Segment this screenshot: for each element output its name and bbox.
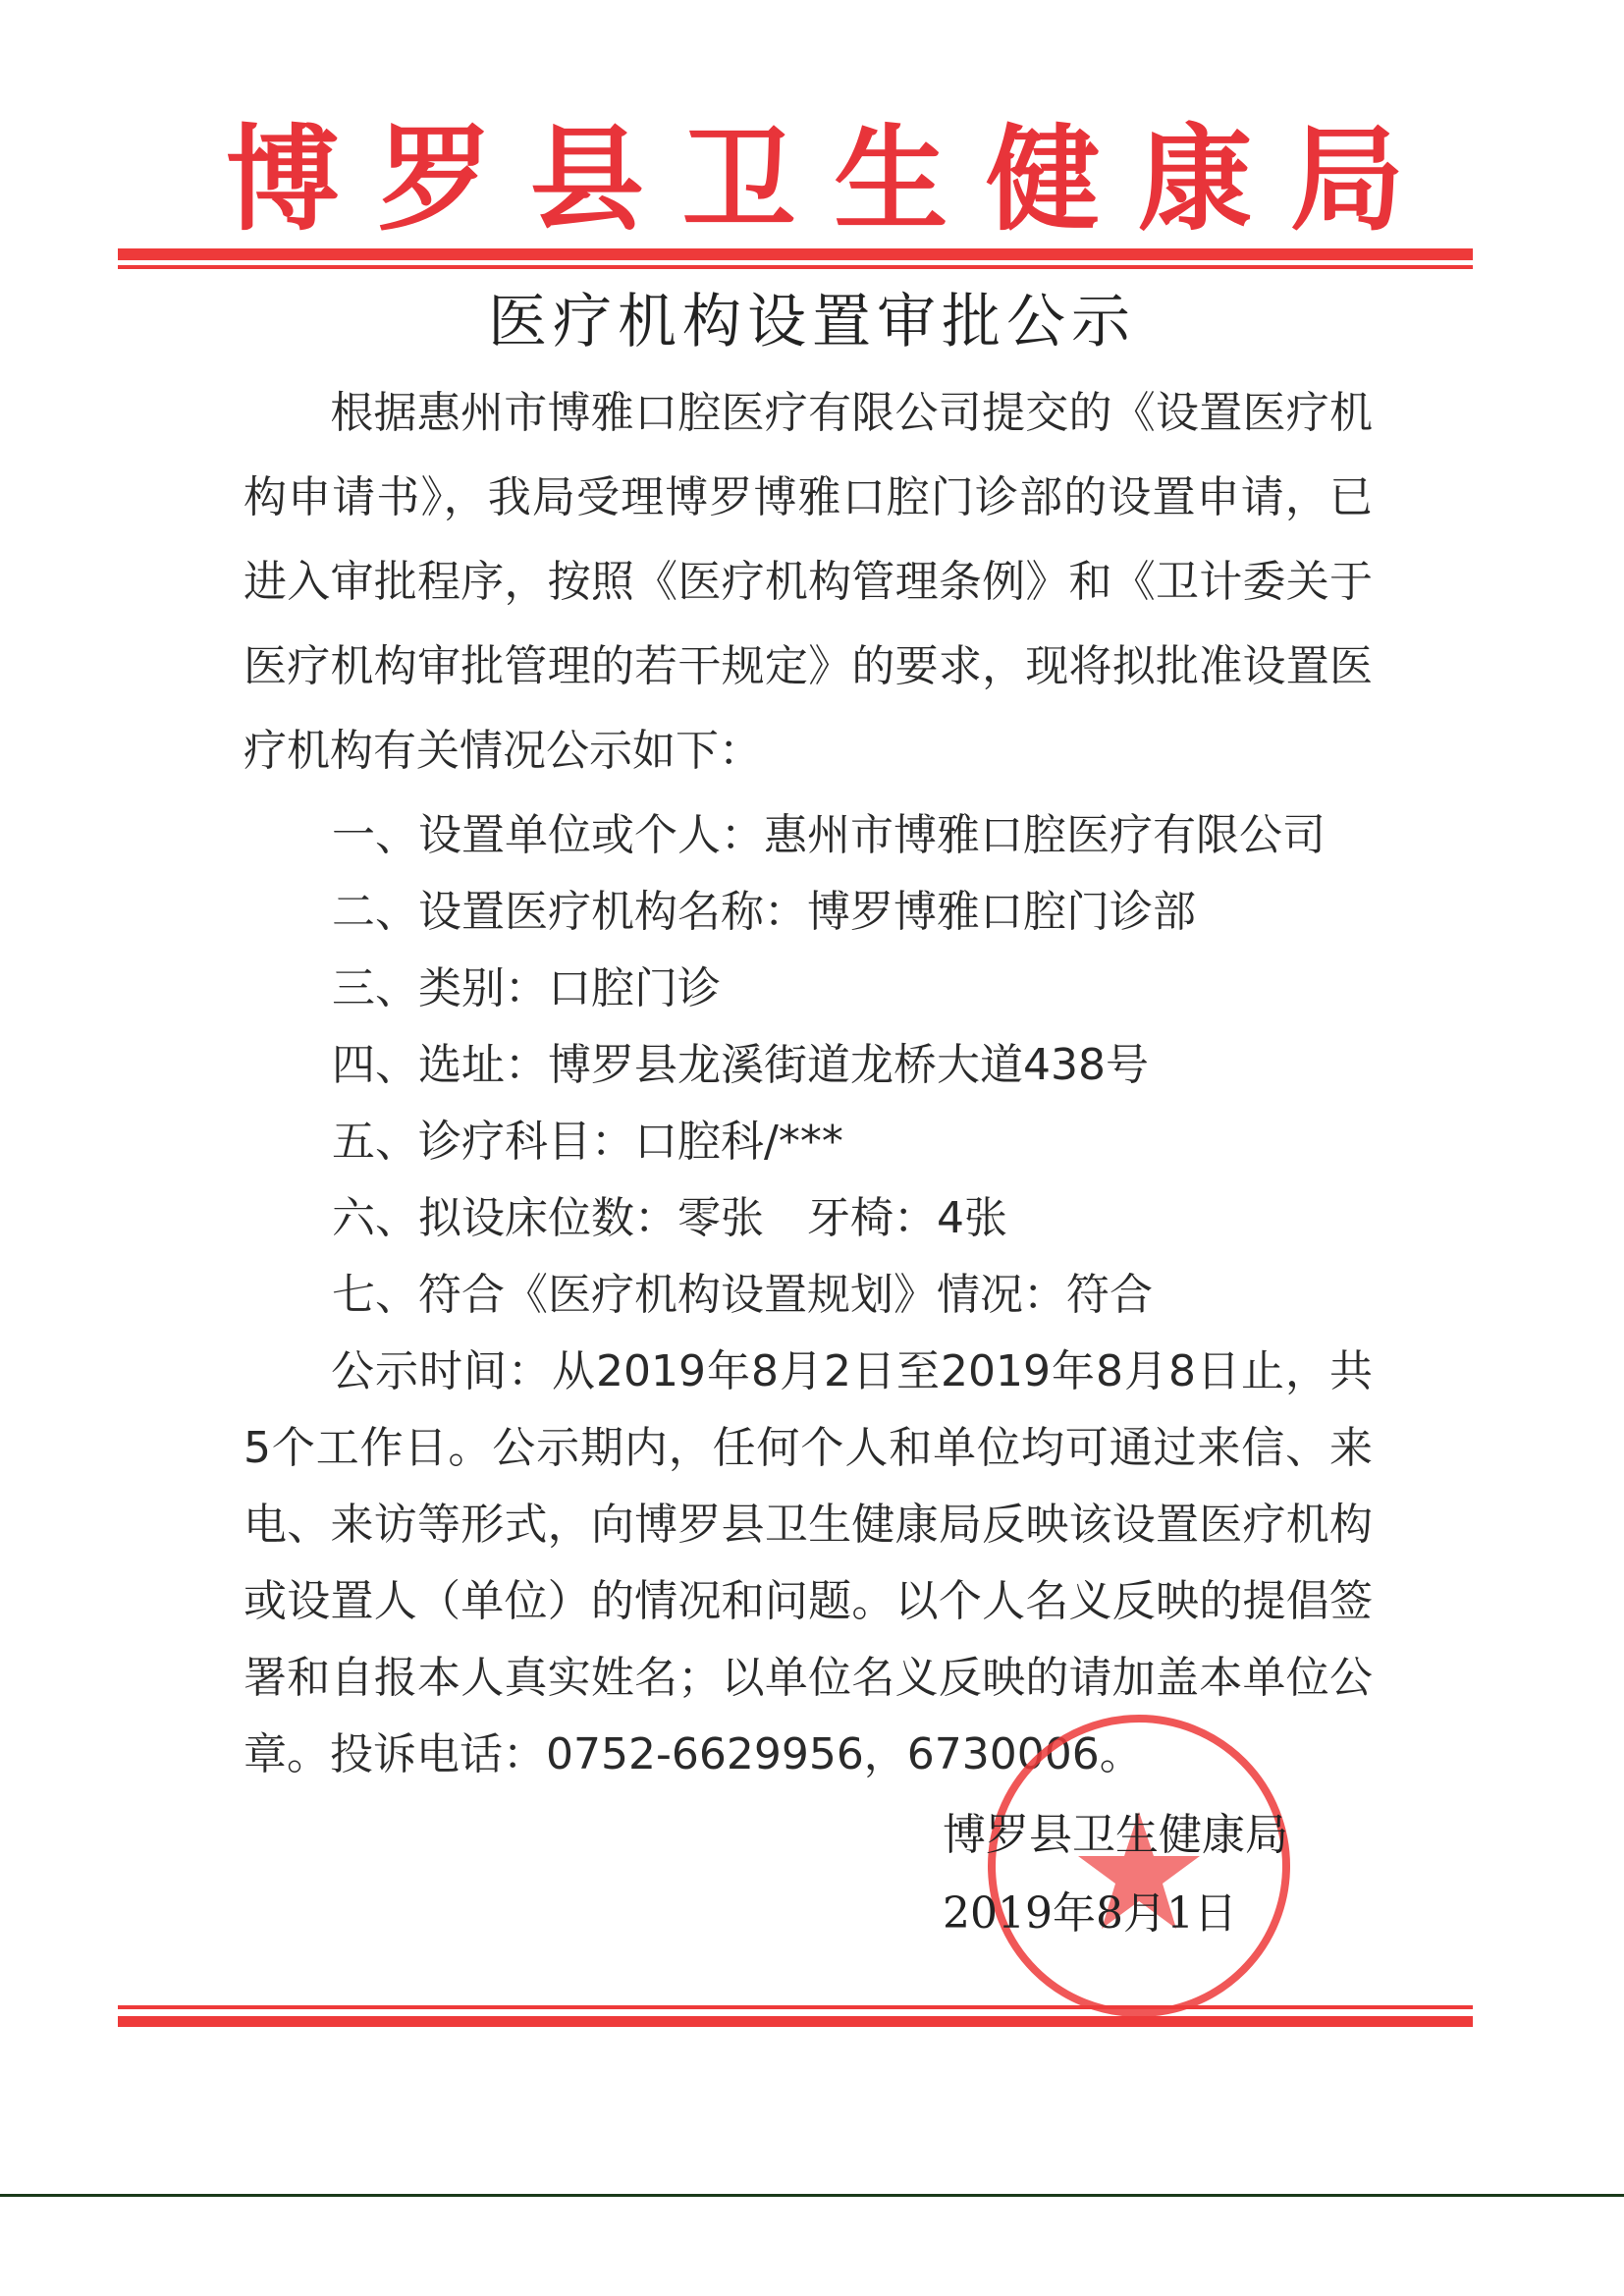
signature-org: 博罗县卫生健康局 <box>943 1799 1288 1862</box>
letterhead-char: 康 <box>1138 88 1252 252</box>
item-5: 五、诊疗科目：口腔科/*** <box>332 1104 843 1180</box>
letterhead-char: 罗 <box>378 88 492 252</box>
header-divider-thick <box>118 248 1473 260</box>
notice-text: 公示时间：从2019年8月2日至2019年8月8日止，共5个工作日。公示期内，任… <box>244 1346 1373 1779</box>
document-title: 医疗机构设置审批公示 <box>0 275 1624 359</box>
letterhead-char: 生 <box>834 88 947 252</box>
notice-paragraph: 公示时间：从2019年8月2日至2019年8月8日止，共5个工作日。公示期内，任… <box>244 1334 1373 1793</box>
item-6: 六、拟设床位数：零张 牙椅：4张 <box>332 1180 1007 1257</box>
item-4: 四、选址：博罗县龙溪街道龙桥大道438号 <box>332 1027 1149 1104</box>
header-divider-thin <box>118 265 1473 269</box>
letterhead-char: 卫 <box>682 88 796 252</box>
page-edge-line <box>0 2194 1624 2197</box>
letterhead-char: 博 <box>226 88 340 252</box>
item-2: 二、设置医疗机构名称：博罗博雅口腔门诊部 <box>332 874 1196 951</box>
footer-divider-thin <box>118 2005 1473 2009</box>
footer-divider-thick <box>118 2016 1473 2027</box>
letterhead-title: 博 罗 县 卫 生 健 康 局 <box>226 106 1404 234</box>
letterhead-char: 局 <box>1290 88 1404 252</box>
letterhead-char: 健 <box>986 88 1100 252</box>
intro-text: 根据惠州市博雅口腔医疗有限公司提交的《设置医疗机构申请书》，我局受理博罗博雅口腔… <box>244 388 1373 776</box>
item-1: 一、设置单位或个人：惠州市博雅口腔医疗有限公司 <box>332 797 1326 874</box>
intro-paragraph: 根据惠州市博雅口腔医疗有限公司提交的《设置医疗机构申请书》，我局受理博罗博雅口腔… <box>244 371 1373 793</box>
letterhead-char: 县 <box>530 88 644 252</box>
signature-date: 2019年8月1日 <box>943 1878 1237 1941</box>
item-7: 七、符合《医疗机构设置规划》情况：符合 <box>332 1257 1153 1334</box>
item-3: 三、类别：口腔门诊 <box>332 951 721 1027</box>
